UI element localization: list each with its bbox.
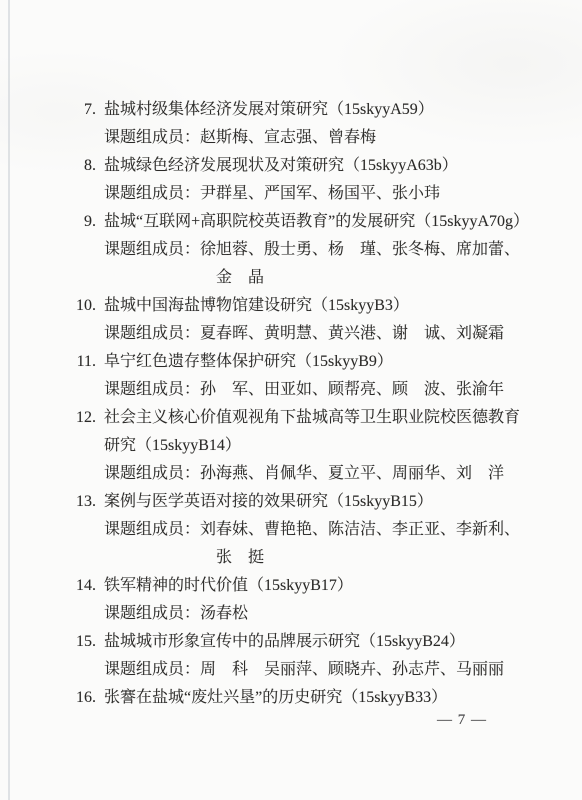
item-members: 课题组成员：汤春松: [104, 600, 546, 628]
item-title-line: 13.案例与医学英语对接的效果研究（15skyyB15）: [66, 488, 546, 516]
item-members: 课题组成员：赵斯梅、宣志强、曾春梅: [104, 124, 546, 152]
project-item: 10.盐城中国海盐博物馆建设研究（15skyyB3） 课题组成员：夏春晖、黄明慧…: [66, 292, 546, 348]
item-number: 14.: [66, 572, 96, 600]
project-item: 11.阜宁红色遗存整体保护研究（15skyyB9） 课题组成员：孙 军、田亚如、…: [66, 348, 546, 404]
item-members: 课题组成员：周 科 吴丽萍、顾晓卉、孙志芹、马丽丽: [104, 656, 546, 684]
item-title: 张謇在盐城“废灶兴垦”的历史研究（15skyyB33）: [104, 684, 447, 712]
item-members: 课题组成员：刘春妹、曹艳艳、陈洁洁、李正亚、李新利、: [104, 516, 546, 544]
item-number: 13.: [66, 488, 96, 516]
item-members: 课题组成员：孙海燕、肖佩华、夏立平、周丽华、刘 洋: [104, 460, 546, 488]
page-number: — 7 —: [0, 712, 487, 729]
document-page: 7.盐城村级集体经济发展对策研究（15skyyA59） 课题组成员：赵斯梅、宣志…: [0, 0, 582, 800]
item-number: 11.: [66, 348, 96, 376]
item-number: 7.: [66, 96, 96, 124]
item-title: 社会主义核心价值观视角下盐城高等卫生职业院校医德教育: [104, 404, 520, 432]
project-item: 15.盐城城市形象宣传中的品牌展示研究（15skyyB24） 课题组成员：周 科…: [66, 628, 546, 684]
item-number: 16.: [66, 684, 96, 712]
item-title-line: 16.张謇在盐城“废灶兴垦”的历史研究（15skyyB33）: [66, 684, 546, 712]
project-item: 14.铁军精神的时代价值（15skyyB17） 课题组成员：汤春松: [66, 572, 546, 628]
item-title-line: 9.盐城“互联网+高职院校英语教育”的发展研究（15skyyA70g）: [66, 208, 546, 236]
project-item: 8.盐城绿色经济发展现状及对策研究（15skyyA63b） 课题组成员：尹群星、…: [66, 152, 546, 208]
item-title: 盐城绿色经济发展现状及对策研究（15skyyA63b）: [104, 152, 458, 180]
project-item: 7.盐城村级集体经济发展对策研究（15skyyA59） 课题组成员：赵斯梅、宣志…: [66, 96, 546, 152]
item-members-continued: 金 晶: [216, 264, 546, 292]
item-members: 课题组成员：夏春晖、黄明慧、黄兴港、谢 诚、刘凝霜: [104, 320, 546, 348]
item-number: 8.: [66, 152, 96, 180]
item-members: 课题组成员：尹群星、严国军、杨国平、张小玮: [104, 180, 546, 208]
item-number: 10.: [66, 292, 96, 320]
item-title: 案例与医学英语对接的效果研究（15skyyB15）: [104, 488, 433, 516]
item-title: 盐城城市形象宣传中的品牌展示研究（15skyyB24）: [104, 628, 465, 656]
item-title-line: 8.盐城绿色经济发展现状及对策研究（15skyyA63b）: [66, 152, 546, 180]
item-title-line: 7.盐城村级集体经济发展对策研究（15skyyA59）: [66, 96, 546, 124]
project-item: 9.盐城“互联网+高职院校英语教育”的发展研究（15skyyA70g） 课题组成…: [66, 208, 546, 292]
item-number: 9.: [66, 208, 96, 236]
item-title-line: 10.盐城中国海盐博物馆建设研究（15skyyB3）: [66, 292, 546, 320]
project-item: 12.社会主义核心价值观视角下盐城高等卫生职业院校医德教育 研究（15skyyB…: [66, 404, 546, 488]
item-title: 盐城“互联网+高职院校英语教育”的发展研究（15skyyA70g）: [104, 208, 529, 236]
project-list: 7.盐城村级集体经济发展对策研究（15skyyA59） 课题组成员：赵斯梅、宣志…: [0, 0, 582, 712]
item-title-line: 12.社会主义核心价值观视角下盐城高等卫生职业院校医德教育: [66, 404, 546, 432]
item-title: 阜宁红色遗存整体保护研究（15skyyB9）: [104, 348, 393, 376]
item-number: 12.: [66, 404, 96, 432]
item-title-line: 11.阜宁红色遗存整体保护研究（15skyyB9）: [66, 348, 546, 376]
item-title-line: 14.铁军精神的时代价值（15skyyB17）: [66, 572, 546, 600]
project-item: 13.案例与医学英语对接的效果研究（15skyyB15） 课题组成员：刘春妹、曹…: [66, 488, 546, 572]
item-title: 盐城中国海盐博物馆建设研究（15skyyB3）: [104, 292, 409, 320]
item-title-line: 15.盐城城市形象宣传中的品牌展示研究（15skyyB24）: [66, 628, 546, 656]
item-members-continued: 张 挺: [216, 544, 546, 572]
item-title: 盐城村级集体经济发展对策研究（15skyyA59）: [104, 96, 434, 124]
item-title: 铁军精神的时代价值（15skyyB17）: [104, 572, 353, 600]
item-title-continued: 研究（15skyyB14）: [104, 432, 546, 460]
item-members: 课题组成员：徐旭蓉、殷士勇、杨 瑾、张冬梅、席加蕾、: [104, 236, 546, 264]
item-number: 15.: [66, 628, 96, 656]
item-members: 课题组成员：孙 军、田亚如、顾帮亮、顾 波、张渝年: [104, 376, 546, 404]
project-item: 16.张謇在盐城“废灶兴垦”的历史研究（15skyyB33）: [66, 684, 546, 712]
